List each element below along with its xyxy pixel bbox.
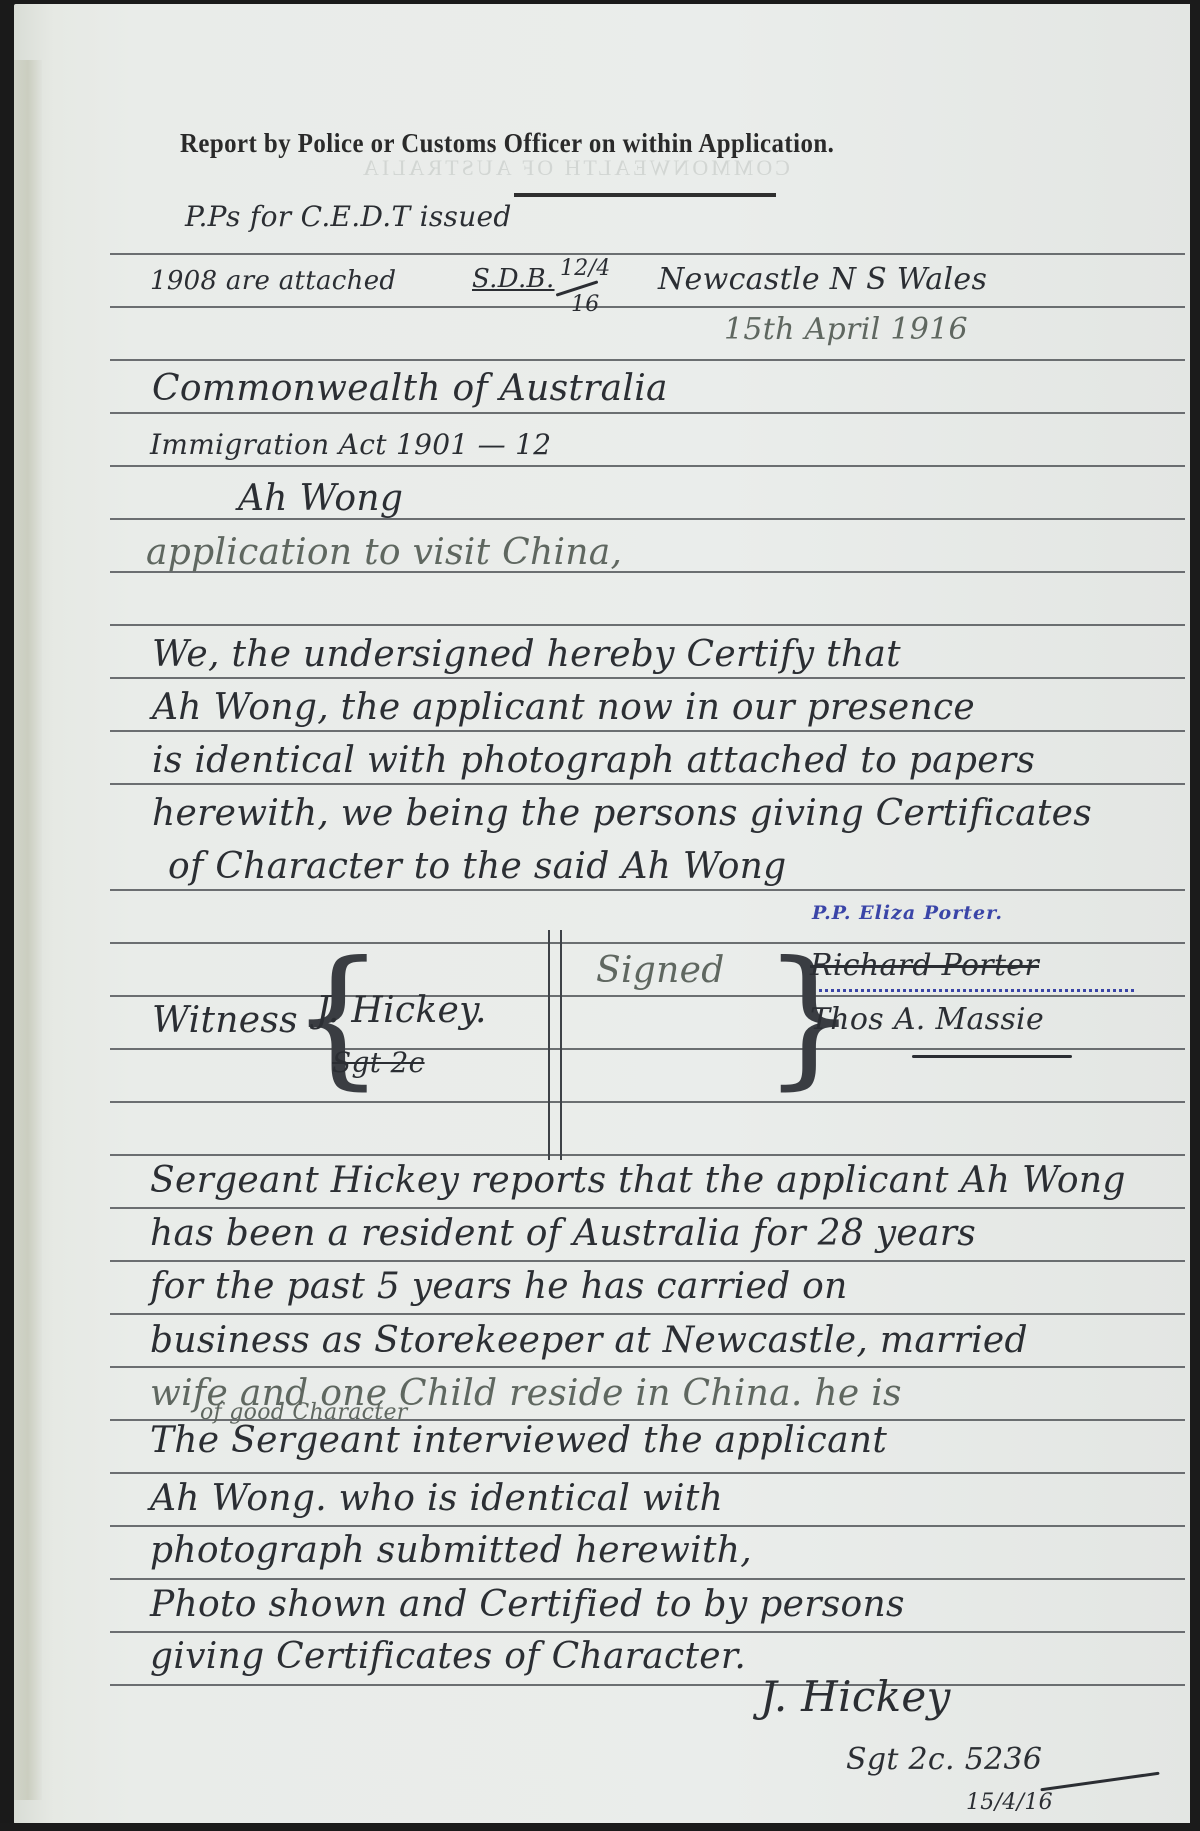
column-divider-2: [560, 930, 562, 1160]
initials-date-bottom: 16: [571, 292, 600, 317]
witness-signature: J. Hickey.: [316, 990, 487, 1031]
printed-title: Report by Police or Customs Officer on w…: [180, 128, 1026, 159]
witness-rank: Sgt 2c: [332, 1046, 425, 1079]
ruled-line: [110, 889, 1185, 891]
act-reference: Immigration Act 1901 — 12: [150, 428, 551, 461]
ruled-line: [110, 1366, 1185, 1368]
ruled-line: [110, 1525, 1185, 1527]
scan-border-right: [1190, 0, 1200, 1831]
report-line: Photo shown and Certified to by persons: [150, 1584, 905, 1625]
ruled-line: [110, 253, 1185, 255]
ruled-line: [110, 306, 1185, 308]
initials: S.D.B.: [472, 264, 555, 294]
applicant-name: Ah Wong: [238, 478, 403, 519]
title-divider: [514, 193, 776, 197]
subject-line: application to visit China,: [146, 532, 622, 573]
ruled-line: [110, 783, 1185, 785]
signed-label: Signed: [596, 950, 725, 991]
report-line: giving Certificates of Character.: [150, 1636, 746, 1677]
ruled-line: [110, 1101, 1185, 1103]
page-binding-edge: [14, 60, 42, 1800]
ruled-line: [110, 1260, 1185, 1262]
closing-signature-name: J. Hickey: [760, 1672, 951, 1721]
report-line: Ah Wong. who is identical with: [150, 1478, 723, 1519]
witness-label: Witness: [152, 1000, 298, 1041]
report-line: photograph submitted herewith,: [150, 1530, 752, 1571]
interlined-note: of good Character: [200, 1400, 408, 1425]
report-line: business as Storekeeper at Newcastle, ma…: [150, 1320, 1028, 1361]
ruled-line: [110, 995, 1185, 997]
ruled-line: [110, 1313, 1185, 1315]
scan-border-bottom: [0, 1823, 1200, 1831]
ruled-line: [110, 1472, 1185, 1474]
ruled-line: [110, 412, 1185, 414]
certification-line: We, the undersigned hereby Certify that: [152, 634, 901, 675]
signatory-thos-massie: Thos A. Massie: [810, 1002, 1044, 1037]
ruled-line: [110, 359, 1185, 361]
closing-signature-date: 15/4/16: [966, 1790, 1053, 1815]
ruled-line: [110, 1684, 1185, 1686]
certification-line: Ah Wong, the applicant now in our presen…: [152, 687, 975, 728]
certification-line: herewith, we being the persons giving Ce…: [152, 793, 1092, 834]
place: Newcastle N S Wales: [658, 262, 987, 297]
ruled-line: [110, 942, 1185, 944]
closing-signature-rank: Sgt 2c. 5236: [846, 1742, 1042, 1777]
report-line: The Sergeant interviewed the applicant: [150, 1420, 887, 1461]
report-line: Sergeant Hickey reports that the applica…: [150, 1160, 1126, 1201]
ruled-line: [110, 730, 1185, 732]
certification-line: is identical with photograph attached to…: [152, 740, 1035, 781]
ruled-line: [110, 1631, 1185, 1633]
ruled-line: [110, 624, 1185, 626]
note-line-1: P.Ps for C.E.D.T issued: [185, 200, 512, 233]
jurisdiction: Commonwealth of Australia: [152, 368, 668, 409]
stamp-dotted-line: [812, 989, 1134, 992]
ruled-line: [110, 1207, 1185, 1209]
ruled-line: [110, 677, 1185, 679]
signatory-richard-porter: Richard Porter: [810, 948, 1039, 983]
report-line: has been a resident of Australia for 28 …: [150, 1213, 976, 1254]
stamp-eliza-porter: P.P. Eliza Porter.: [812, 902, 1003, 924]
signature-flourish: [912, 1055, 1072, 1058]
ruled-line: [110, 465, 1185, 467]
ruled-line: [110, 1578, 1185, 1580]
certification-line: of Character to the said Ah Wong: [168, 846, 787, 887]
note-line-2: 1908 are attached: [150, 266, 396, 296]
ruled-line: [110, 1154, 1185, 1156]
column-divider-1: [548, 930, 550, 1160]
date: 15th April 1916: [724, 312, 968, 347]
ruled-line: [110, 1048, 1185, 1050]
report-line: for the past 5 years he has carried on: [150, 1266, 848, 1307]
initials-date-top: 12/4: [560, 256, 611, 281]
